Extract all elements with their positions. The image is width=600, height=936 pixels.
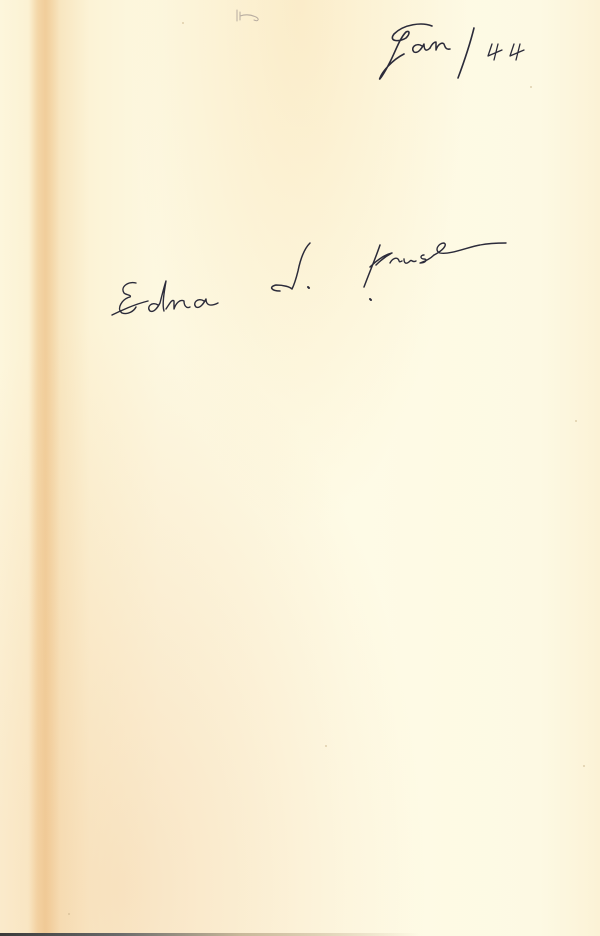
signature-inscription: Edna L. Kruse	[108, 215, 518, 345]
paper-speck	[530, 86, 532, 88]
paper-speck	[325, 745, 327, 747]
paper-speck	[583, 765, 585, 767]
book-page: H Jan / 44 Edna L. Kruse	[0, 0, 600, 936]
paper-speck	[68, 913, 70, 915]
paper-speck	[182, 22, 184, 24]
pencil-mark: H	[234, 8, 274, 24]
date-inscription: Jan / 44	[370, 16, 550, 86]
paper-speck	[575, 420, 577, 422]
binding-fold-shadow	[30, 0, 60, 936]
